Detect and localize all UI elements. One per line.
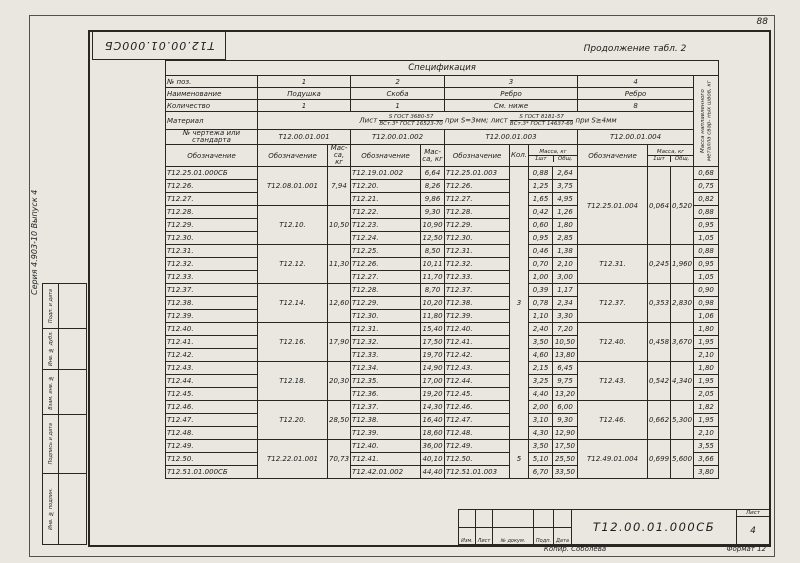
cell-rib3-designation: Т12.45.: [445, 388, 510, 401]
cell-rib3-designation: Т12.27.: [445, 193, 510, 206]
cell-pillow-mass: 12,60: [328, 284, 351, 323]
cell-pillow-mass: 17,90: [328, 323, 351, 362]
sheet-number: 4: [737, 517, 769, 544]
cell-rib3-mass-total: 25,50: [553, 453, 578, 466]
top-left-inverted-stamp: Т12.00.01.000СБ: [92, 31, 226, 60]
cell-assembly-designation: Т12.26.: [166, 180, 258, 193]
cell-bracket-mass: 19,20: [421, 388, 445, 401]
cell-bracket-mass: 14,30: [421, 401, 445, 414]
cell-bracket-mass: 17,50: [421, 336, 445, 349]
cell-rib3-mass-each: 0,88: [529, 167, 553, 180]
cell-rib3-mass-total: 3,00: [553, 271, 578, 284]
cell-weld-mass: 0,68: [694, 167, 719, 180]
header-row-pos: № поз. 1 2 3 4 Масса наплавленного метал…: [166, 76, 719, 88]
cell-rib3-mass-total: 33,50: [553, 466, 578, 479]
cell-pillow-designation: Т12.18.: [258, 362, 328, 401]
g3-mass-kg-label: Масса, кг: [529, 149, 577, 156]
cell-rib4-designation: Т12.49.01.004: [578, 440, 648, 479]
cell-bracket-mass: 11,70: [421, 271, 445, 284]
col-header-g4-designation: Обозначение: [578, 145, 648, 167]
cell-assembly-designation: Т12.46.: [166, 401, 258, 414]
cell-bracket-mass: 10,11: [421, 258, 445, 271]
g4-mass-kg-label: Масса, кг: [648, 149, 693, 156]
group2-qty: 1: [351, 100, 445, 112]
cell-assembly-designation: Т12.27.: [166, 193, 258, 206]
sheet-label: Лист: [737, 510, 769, 517]
cell-rib3-mass-total: 6,00: [553, 401, 578, 414]
cell-rib3-designation: Т12.29.: [445, 219, 510, 232]
cell-bracket-designation: Т12.39.: [351, 427, 421, 440]
cell-rib3-mass-total: 1,26: [553, 206, 578, 219]
cell-pillow-designation: Т12.08.01.001: [258, 167, 328, 206]
cell-weld-mass: 0,88: [694, 206, 719, 219]
cell-rib3-mass-total: 7,20: [553, 323, 578, 336]
cell-pillow-mass: 7,94: [328, 167, 351, 206]
cell-rib3-mass-total: 10,50: [553, 336, 578, 349]
cell-bracket-mass: 11,80: [421, 310, 445, 323]
cell-assembly-designation: Т12.31.: [166, 245, 258, 258]
cell-assembly-designation: Т12.47.: [166, 414, 258, 427]
cell-weld-mass: 0,82: [694, 193, 719, 206]
cell-bracket-designation: Т12.28.: [351, 284, 421, 297]
cell-rib3-qty: 5: [510, 440, 529, 479]
revision-empty-cell: [554, 510, 571, 527]
cell-rib3-designation: Т12.38.: [445, 297, 510, 310]
document-number: Т12.00.01.000СБ: [572, 510, 737, 544]
cell-bracket-mass: 14,90: [421, 362, 445, 375]
cell-rib3-designation: Т12.33.: [445, 271, 510, 284]
col-header-designation: Обозначение: [166, 145, 258, 167]
cell-bracket-mass: 19,70: [421, 349, 445, 362]
cell-bracket-mass: 10,90: [421, 219, 445, 232]
cell-pillow-mass: 20,30: [328, 362, 351, 401]
cell-assembly-designation: Т12.29.: [166, 219, 258, 232]
cell-rib4-mass-each: 0,699: [648, 440, 671, 479]
cell-bracket-mass: 12,50: [421, 232, 445, 245]
cell-rib3-mass-total: 1,17: [553, 284, 578, 297]
col-header-g3-designation: Обозначение: [445, 145, 510, 167]
cell-rib4-mass-each: 0,353: [648, 284, 671, 323]
cell-rib3-mass-each: 1,10: [529, 310, 553, 323]
material-spec: Лист S ГОСТ 3680-57ВСт.3* ГОСТ 16523-70 …: [258, 112, 719, 130]
cell-rib4-mass-each: 0,245: [648, 245, 671, 284]
cell-rib3-mass-each: 3,50: [529, 440, 553, 453]
cell-bracket-designation: Т12.38.: [351, 414, 421, 427]
cell-rib3-mass-each: 0,42: [529, 206, 553, 219]
table-row: Т12.25.01.000СБТ12.08.01.0017,94Т12.19.0…: [166, 167, 719, 180]
revision-empty-cell: [493, 510, 534, 527]
group3-drawing: Т12.00.01.003: [445, 130, 578, 145]
cell-rib3-mass-total: 2,85: [553, 232, 578, 245]
table-row: Т12.37.Т12.14.12,60Т12.28.8,70Т12.37.0,3…: [166, 284, 719, 297]
cell-rib3-qty: 3: [510, 167, 529, 440]
cell-rib4-designation: Т12.46.: [578, 401, 648, 440]
cell-rib3-designation: Т12.39.: [445, 310, 510, 323]
left-stamp-column: Подп. и дата Инв. № дубл. Взам. инв. № П…: [42, 283, 87, 545]
cell-weld-mass: 0,95: [694, 258, 719, 271]
cell-rib3-designation: Т12.50.: [445, 453, 510, 466]
cell-weld-mass: 2,10: [694, 349, 719, 362]
format-note: Формат 12: [690, 545, 766, 553]
cell-assembly-designation: Т12.37.: [166, 284, 258, 297]
table-continuation-note: Продолжение табл. 2: [560, 44, 710, 54]
cell-bracket-designation: Т12.31.: [351, 323, 421, 336]
cell-rib3-designation: Т12.37.: [445, 284, 510, 297]
cell-rib3-mass-total: 13,20: [553, 388, 578, 401]
cell-rib3-mass-total: 12,90: [553, 427, 578, 440]
left-stamp-empty: [59, 370, 86, 414]
title-block: Изм. Лист № докум. Подп. Дата Т12.00.01.…: [458, 509, 770, 545]
row-label-name: Наименование: [166, 88, 258, 100]
cell-weld-mass: 0,95: [694, 219, 719, 232]
cell-rib3-mass-total: 4,95: [553, 193, 578, 206]
header-row-drawing: № чертежа или стандарта Т12.00.01.001 Т1…: [166, 130, 719, 145]
cell-bracket-designation: Т12.33.: [351, 349, 421, 362]
cell-rib3-mass-each: 3,50: [529, 336, 553, 349]
cell-bracket-mass: 9,86: [421, 193, 445, 206]
cell-weld-mass: 1,80: [694, 362, 719, 375]
col-header-g1-designation: Обозначение: [258, 145, 328, 167]
spec-table-body: Т12.25.01.000СБТ12.08.01.0017,94Т12.19.0…: [166, 167, 719, 479]
group3-name: Ребро: [445, 88, 578, 100]
left-stamp-cell: Взам. инв. №: [42, 369, 87, 414]
material-fraction-1: S ГОСТ 3680-57ВСт.3* ГОСТ 16523-70: [379, 114, 442, 127]
col-header-g3-mass-split: Масса, кг 1шт Общ.: [529, 145, 578, 167]
cell-assembly-designation: Т12.25.01.000СБ: [166, 167, 258, 180]
cell-assembly-designation: Т12.44.: [166, 375, 258, 388]
cell-bracket-designation: Т12.22.: [351, 206, 421, 219]
cell-pillow-mass: 70,73: [328, 440, 351, 479]
cell-rib3-designation: Т12.40.: [445, 323, 510, 336]
material-fraction-2: S ГОСТ 8181-57ВСт.3* ГОСТ 14637-69: [510, 114, 573, 127]
cell-assembly-designation: Т12.32.: [166, 258, 258, 271]
cell-bracket-designation: Т12.32.: [351, 336, 421, 349]
cell-rib3-designation: Т12.28.: [445, 206, 510, 219]
cell-assembly-designation: Т12.45.: [166, 388, 258, 401]
cell-bracket-designation: Т12.26.: [351, 258, 421, 271]
cell-assembly-designation: Т12.40.: [166, 323, 258, 336]
g3-total-label: Общ.: [554, 156, 578, 162]
left-stamp-cell: Инв. № дубл.: [42, 328, 87, 369]
group1-name: Подушка: [258, 88, 351, 100]
header-row-material: Материал Лист S ГОСТ 3680-57ВСт.3* ГОСТ …: [166, 112, 719, 130]
group2-name: Скоба: [351, 88, 445, 100]
row-label-pos: № поз.: [166, 76, 258, 88]
col-header-g4-mass-split: Масса, кг 1шт Общ.: [648, 145, 694, 167]
cell-assembly-designation: Т12.33.: [166, 271, 258, 284]
cell-bracket-designation: Т12.23.: [351, 219, 421, 232]
cell-bracket-designation: Т12.41.: [351, 453, 421, 466]
cell-rib4-mass-total: 5,300: [671, 401, 694, 440]
cell-pillow-designation: Т12.12.: [258, 245, 328, 284]
cell-weld-mass: 0,75: [694, 180, 719, 193]
cell-rib4-mass-total: 0,520: [671, 167, 694, 245]
cell-rib3-mass-total: 2,10: [553, 258, 578, 271]
revision-empty-cell: [459, 510, 476, 527]
header-row-name: Наименование Подушка Скоба Ребро Ребро: [166, 88, 719, 100]
cell-bracket-designation: Т12.19.01.002: [351, 167, 421, 180]
cell-weld-mass: 3,55: [694, 440, 719, 453]
row-label-drawing: № чертежа или стандарта: [166, 130, 258, 145]
cell-rib3-designation: Т12.47.: [445, 414, 510, 427]
cell-rib3-designation: Т12.49.: [445, 440, 510, 453]
cell-assembly-designation: Т12.48.: [166, 427, 258, 440]
cell-bracket-designation: Т12.34.: [351, 362, 421, 375]
cell-bracket-mass: 8,70: [421, 284, 445, 297]
cell-bracket-designation: Т12.42.01.002: [351, 466, 421, 479]
cell-assembly-designation: Т12.39.: [166, 310, 258, 323]
cell-weld-mass: 1,80: [694, 323, 719, 336]
cell-assembly-designation: Т12.38.: [166, 297, 258, 310]
cell-assembly-designation: Т12.28.: [166, 206, 258, 219]
cell-rib3-designation: Т12.46.: [445, 401, 510, 414]
cell-rib3-designation: Т12.43.: [445, 362, 510, 375]
cell-rib3-mass-each: 6,70: [529, 466, 553, 479]
row-label-qty: Количество: [166, 100, 258, 112]
table-row: Т12.46.Т12.20.28,50Т12.37.14,30Т12.46.2,…: [166, 401, 719, 414]
cell-rib3-mass-total: 9,75: [553, 375, 578, 388]
cell-pillow-mass: 10,50: [328, 206, 351, 245]
cell-weld-mass: 0,88: [694, 245, 719, 258]
cell-bracket-mass: 40,10: [421, 453, 445, 466]
g4-total-label: Общ.: [671, 156, 693, 162]
cell-weld-mass: 1,05: [694, 271, 719, 284]
cell-rib3-mass-total: 2,34: [553, 297, 578, 310]
cell-rib3-designation: Т12.51.01.003: [445, 466, 510, 479]
cell-rib3-mass-each: 3,10: [529, 414, 553, 427]
cell-weld-mass: 1,95: [694, 414, 719, 427]
scanned-specification-sheet: { "page": { "number": "88", "continuatio…: [0, 0, 800, 563]
col-header-g1-mass: Мас-са, кг: [328, 145, 351, 167]
cell-bracket-designation: Т12.40.: [351, 440, 421, 453]
cell-assembly-designation: Т12.42.: [166, 349, 258, 362]
cell-rib3-mass-each: 4,40: [529, 388, 553, 401]
cell-rib3-designation: Т12.41.: [445, 336, 510, 349]
cell-rib3-mass-total: 3,75: [553, 180, 578, 193]
left-stamp-cell: Подпись и дата: [42, 414, 87, 473]
cell-rib4-mass-total: 2,830: [671, 284, 694, 323]
left-stamp-label: Подп. и дата: [48, 289, 54, 323]
cell-weld-mass: 0,98: [694, 297, 719, 310]
cell-weld-mass: 1,95: [694, 375, 719, 388]
col-podp: Подп.: [534, 528, 554, 545]
revision-empty-cell: [476, 510, 493, 527]
group1-drawing: Т12.00.01.001: [258, 130, 351, 145]
cell-rib3-mass-each: 1,00: [529, 271, 553, 284]
cell-rib3-mass-each: 0,46: [529, 245, 553, 258]
left-stamp-empty: [59, 329, 86, 369]
cell-rib3-mass-each: 2,40: [529, 323, 553, 336]
cell-weld-mass: 0,90: [694, 284, 719, 297]
cell-rib3-mass-each: 5,10: [529, 453, 553, 466]
cell-rib4-mass-total: 1,960: [671, 245, 694, 284]
group3-qty: См. ниже: [445, 100, 578, 112]
cell-bracket-mass: 44,40: [421, 466, 445, 479]
group4-drawing: Т12.00.01.004: [578, 130, 694, 145]
cell-bracket-designation: Т12.37.: [351, 401, 421, 414]
table-row: Т12.43.Т12.18.20,30Т12.34.14,90Т12.43.2,…: [166, 362, 719, 375]
cell-weld-mass: 3,66: [694, 453, 719, 466]
cell-pillow-mass: 28,50: [328, 401, 351, 440]
group4-qty: 8: [578, 100, 694, 112]
g3-per-item-label: 1шт: [529, 156, 554, 162]
header-row-columns: Обозначение Обозначение Мас-са, кг Обозн…: [166, 145, 719, 167]
group1-pos: 1: [258, 76, 351, 88]
page-number: 88: [742, 17, 768, 27]
cell-rib3-mass-total: 3,30: [553, 310, 578, 323]
cell-rib4-designation: Т12.37.: [578, 284, 648, 323]
left-stamp-empty: [59, 415, 86, 473]
cell-assembly-designation: Т12.43.: [166, 362, 258, 375]
cell-bracket-designation: Т12.25.: [351, 245, 421, 258]
cell-rib4-mass-total: 3,670: [671, 323, 694, 362]
cell-rib3-mass-each: 0,78: [529, 297, 553, 310]
cell-rib3-mass-each: 2,15: [529, 362, 553, 375]
left-stamp-label: Инв. № подлин.: [48, 488, 54, 530]
header-row-qty: Количество 1 1 См. ниже 8: [166, 100, 719, 112]
cell-bracket-mass: 9,30: [421, 206, 445, 219]
table-row: Т12.49.Т12.22.01.00170,73Т12.40.36,00Т12…: [166, 440, 719, 453]
material-prefix: Лист: [359, 117, 377, 125]
cell-assembly-designation: Т12.51.01.000СБ: [166, 466, 258, 479]
left-stamp-cell: Инв. № подлин.: [42, 473, 87, 545]
cell-rib3-designation: Т12.25.01.003: [445, 167, 510, 180]
cell-rib3-mass-total: 1,80: [553, 219, 578, 232]
cell-bracket-designation: Т12.30.: [351, 310, 421, 323]
cell-rib3-mass-total: 13,80: [553, 349, 578, 362]
cell-weld-mass: 1,06: [694, 310, 719, 323]
material-middle: при S=3мм; лист: [445, 117, 508, 125]
cell-pillow-designation: Т12.16.: [258, 323, 328, 362]
cell-rib3-designation: Т12.26.: [445, 180, 510, 193]
left-stamp-empty: [59, 284, 86, 328]
cell-weld-mass: 1,05: [694, 232, 719, 245]
cell-assembly-designation: Т12.49.: [166, 440, 258, 453]
cell-rib3-mass-each: 1,65: [529, 193, 553, 206]
g4-per-item-label: 1шт: [648, 156, 671, 162]
weld-mass-column-header: Масса наплавленного металла свар- ных шв…: [700, 80, 713, 162]
left-stamp-cell: Подп. и дата: [42, 283, 87, 328]
cell-rib3-mass-total: 17,50: [553, 440, 578, 453]
cell-rib4-designation: Т12.31.: [578, 245, 648, 284]
group1-qty: 1: [258, 100, 351, 112]
cell-bracket-designation: Т12.24.: [351, 232, 421, 245]
cell-rib3-mass-total: 2,64: [553, 167, 578, 180]
copier-note: Копир. Соболева: [515, 545, 635, 553]
group4-name: Ребро: [578, 88, 694, 100]
cell-bracket-mass: 18,60: [421, 427, 445, 440]
cell-rib4-designation: Т12.25.01.004: [578, 167, 648, 245]
material-suffix: при S≥4мм: [576, 117, 617, 125]
cell-rib3-designation: Т12.48.: [445, 427, 510, 440]
col-list: Лист: [476, 528, 493, 545]
table-title: Спецификация: [166, 61, 719, 76]
cell-rib3-mass-each: 1,25: [529, 180, 553, 193]
group3-pos: 3: [445, 76, 578, 88]
cell-pillow-designation: Т12.14.: [258, 284, 328, 323]
cell-rib3-mass-each: 4,60: [529, 349, 553, 362]
col-data: Дата: [554, 528, 571, 545]
cell-rib4-mass-total: 5,600: [671, 440, 694, 479]
cell-bracket-designation: Т12.35.: [351, 375, 421, 388]
table-title-row: Спецификация: [166, 61, 719, 76]
cell-rib4-mass-each: 0,542: [648, 362, 671, 401]
cell-rib3-mass-each: 0,95: [529, 232, 553, 245]
top-left-stamp-text: Т12.00.01.000СБ: [104, 39, 214, 52]
cell-rib3-mass-each: 3,25: [529, 375, 553, 388]
cell-rib4-mass-each: 0,662: [648, 401, 671, 440]
revision-empty-cell: [534, 510, 554, 527]
cell-bracket-mass: 36,00: [421, 440, 445, 453]
cell-assembly-designation: Т12.41.: [166, 336, 258, 349]
cell-weld-mass: 3,80: [694, 466, 719, 479]
cell-bracket-mass: 15,40: [421, 323, 445, 336]
cell-rib3-designation: Т12.30.: [445, 232, 510, 245]
left-stamp-label: Инв. № дубл.: [48, 331, 54, 366]
group2-pos: 2: [351, 76, 445, 88]
cell-bracket-designation: Т12.27.: [351, 271, 421, 284]
cell-rib3-mass-each: 4,30: [529, 427, 553, 440]
title-block-revision-grid: Изм. Лист № докум. Подп. Дата: [459, 510, 572, 544]
cell-weld-mass: 1,82: [694, 401, 719, 414]
cell-bracket-designation: Т12.29.: [351, 297, 421, 310]
cell-bracket-designation: Т12.20.: [351, 180, 421, 193]
cell-bracket-mass: 10,20: [421, 297, 445, 310]
cell-rib3-mass-each: 2,00: [529, 401, 553, 414]
table-row: Т12.40.Т12.16.17,90Т12.31.15,40Т12.40.2,…: [166, 323, 719, 336]
group4-pos: 4: [578, 76, 694, 88]
cell-pillow-designation: Т12.10.: [258, 206, 328, 245]
cell-assembly-designation: Т12.50.: [166, 453, 258, 466]
cell-pillow-mass: 11,30: [328, 245, 351, 284]
cell-weld-mass: 1,95: [694, 336, 719, 349]
cell-rib3-mass-each: 0,39: [529, 284, 553, 297]
cell-rib4-designation: Т12.40.: [578, 323, 648, 362]
cell-rib3-mass-total: 9,30: [553, 414, 578, 427]
cell-pillow-designation: Т12.20.: [258, 401, 328, 440]
col-header-g3-qty: Кол.: [510, 145, 529, 167]
cell-weld-mass: 2,05: [694, 388, 719, 401]
cell-weld-mass: 2,10: [694, 427, 719, 440]
left-stamp-label: Подпись и дата: [48, 423, 54, 464]
col-docnum: № докум.: [493, 528, 534, 545]
cell-rib4-mass-total: 4,340: [671, 362, 694, 401]
table-row: Т12.31.Т12.12.11,30Т12.25.8,50Т12.31.0,4…: [166, 245, 719, 258]
cell-bracket-designation: Т12.36.: [351, 388, 421, 401]
col-header-g2-mass: Мас-са, кг: [421, 145, 445, 167]
cell-bracket-mass: 8,26: [421, 180, 445, 193]
cell-rib3-designation: Т12.31.: [445, 245, 510, 258]
cell-rib3-designation: Т12.42.: [445, 349, 510, 362]
cell-rib4-mass-each: 0,458: [648, 323, 671, 362]
left-stamp-empty: [59, 474, 86, 544]
col-header-g2-designation: Обозначение: [351, 145, 421, 167]
cell-bracket-designation: Т12.21.: [351, 193, 421, 206]
cell-rib4-designation: Т12.43.: [578, 362, 648, 401]
cell-rib3-mass-total: 6,45: [553, 362, 578, 375]
cell-pillow-designation: Т12.22.01.001: [258, 440, 328, 479]
cell-assembly-designation: Т12.30.: [166, 232, 258, 245]
cell-rib3-designation: Т12.44.: [445, 375, 510, 388]
cell-rib3-mass-each: 0,70: [529, 258, 553, 271]
cell-rib4-mass-each: 0,064: [648, 167, 671, 245]
left-stamp-label: Взам. инв. №: [48, 375, 54, 410]
col-izm: Изм.: [459, 528, 476, 545]
cell-bracket-mass: 6,64: [421, 167, 445, 180]
series-vertical-label: Серия 4.903-10 Выпуск 4: [30, 95, 46, 295]
row-label-material: Материал: [166, 112, 258, 130]
cell-rib3-designation: Т12.32.: [445, 258, 510, 271]
